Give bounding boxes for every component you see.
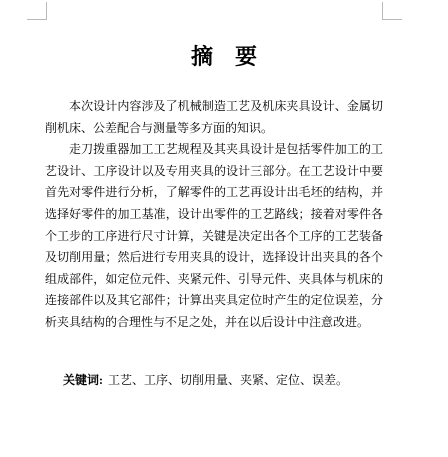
body-line: 削机床、公差配合与测量等多方面的知识。 <box>45 118 383 140</box>
page-title: 摘 要 <box>0 40 448 71</box>
body-line: 连接部件以及其它部件；计算出夹具定位时产生的定位误差，分 <box>45 290 383 312</box>
document-page: 摘 要 本次设计内容涉及了机械制造工艺及机床夹具设计、金属切 削机床、公差配合与… <box>0 0 448 457</box>
body-line: 组成部件，如定位元件、夹紧元件、引导元件、夹具体与机床的 <box>45 269 383 291</box>
keywords-label: 关键词: <box>63 373 103 387</box>
body-line: 首先对零件进行分析，了解零件的工艺再设计出毛坯的结构，并 <box>45 182 383 204</box>
keywords-text: 工艺、工序、切削用量、夹紧、定位、误差。 <box>108 373 348 387</box>
body-line: 走刀拨重器加工工艺规程及其夹具设计是包括零件加工的工 <box>45 139 383 161</box>
abstract-body: 本次设计内容涉及了机械制造工艺及机床夹具设计、金属切 削机床、公差配合与测量等多… <box>45 96 383 334</box>
body-line: 选择好零件的加工基准，设计出零件的工艺路线；接着对零件各 <box>45 204 383 226</box>
body-line: 析夹具结构的合理性与不足之处，并在以后设计中注意改进。 <box>45 312 383 334</box>
body-line: 本次设计内容涉及了机械制造工艺及机床夹具设计、金属切 <box>45 96 383 118</box>
margin-crop-mark-right-icon <box>382 2 402 20</box>
margin-crop-mark-left-icon <box>27 2 47 20</box>
keywords-line: 关键词:工艺、工序、切削用量、夹紧、定位、误差。 <box>45 370 383 392</box>
body-line: 个工步的工序进行尺寸计算，关键是决定出各个工序的工艺装备 <box>45 226 383 248</box>
body-line: 艺设计、工序设计以及专用夹具的设计三部分。在工艺设计中要 <box>45 161 383 183</box>
body-line: 及切削用量；然后进行专用夹具的设计，选择设计出夹具的各个 <box>45 247 383 269</box>
